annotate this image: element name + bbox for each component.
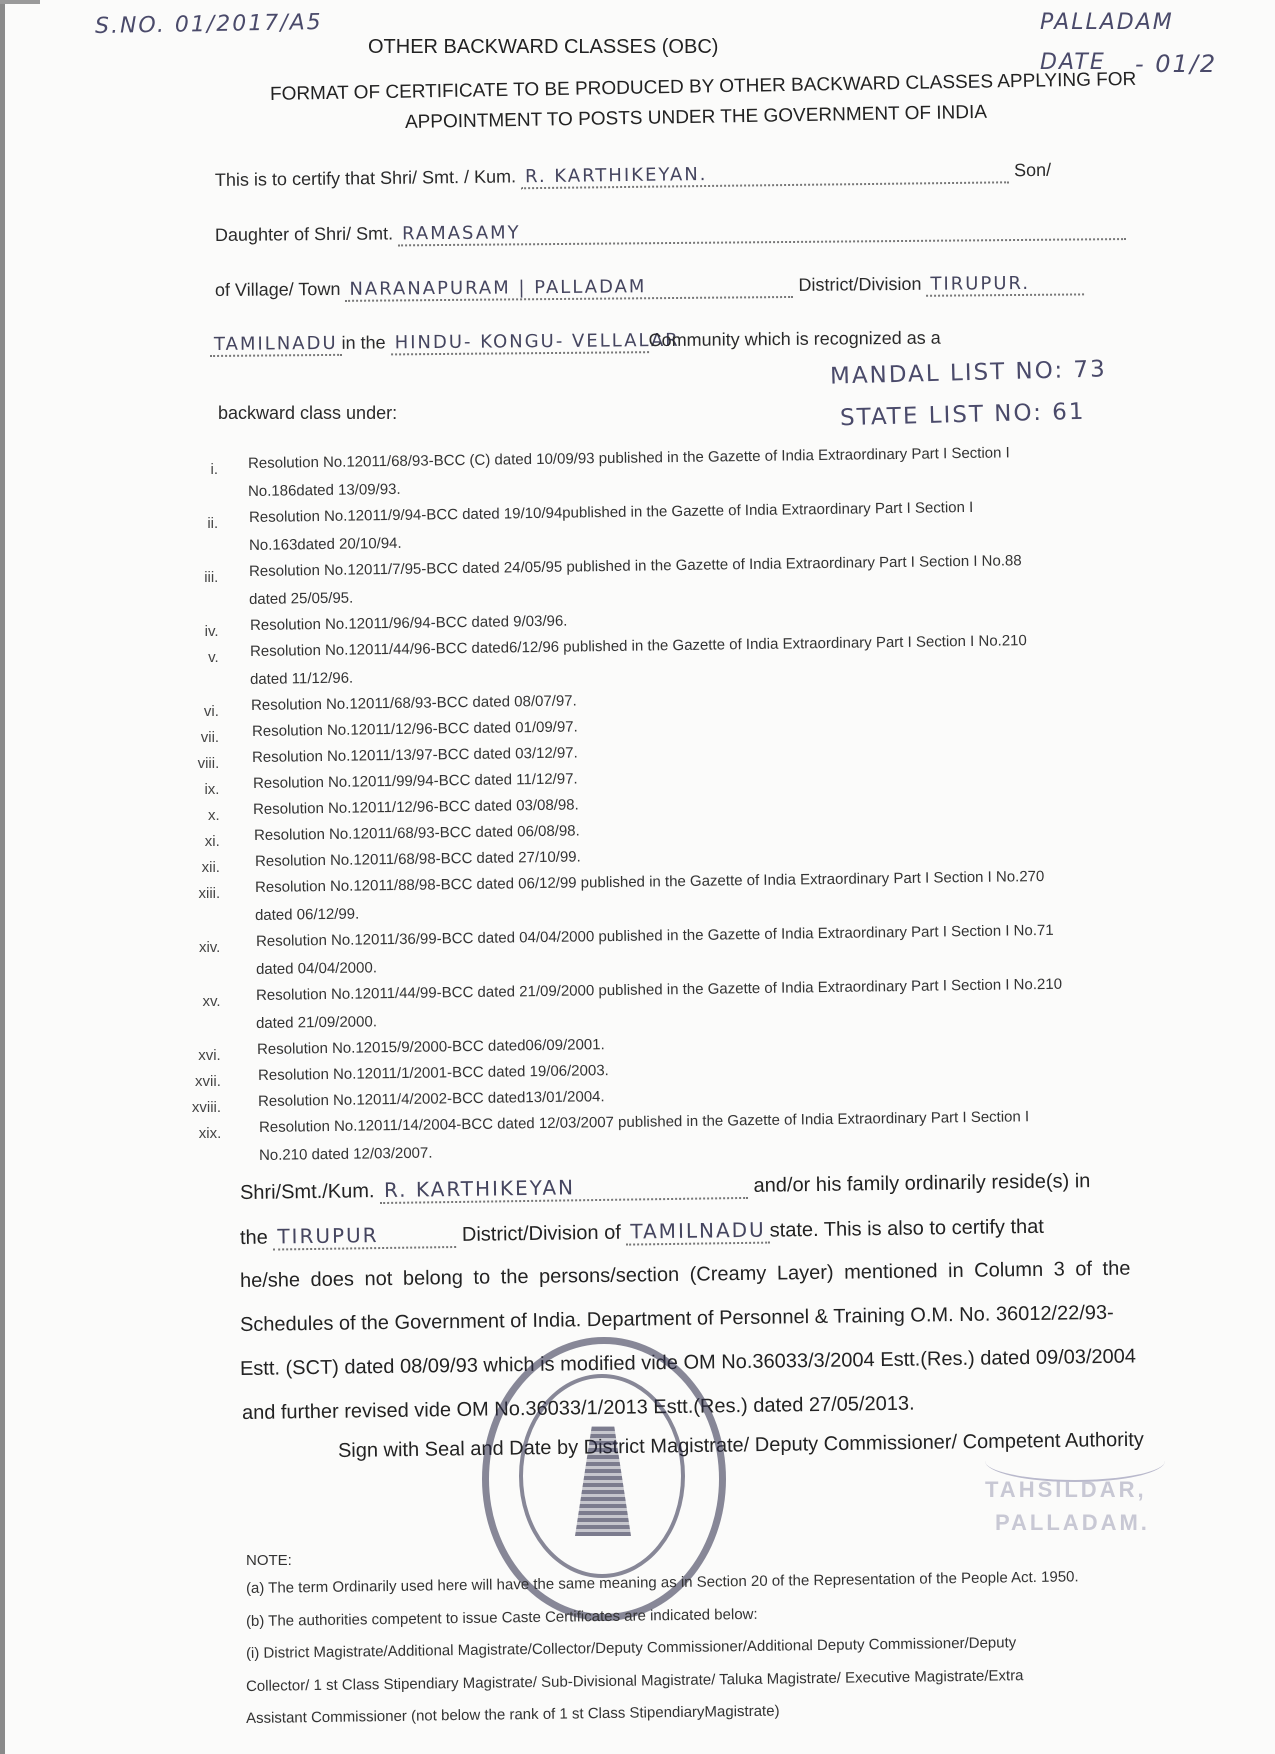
serial-number: S.NO. 01/2017/A5	[95, 10, 323, 39]
resolution-number: v.	[179, 649, 219, 666]
seal-inner-ring	[519, 1374, 685, 1578]
son-label: Son/	[1014, 160, 1051, 180]
village-label: of Village/ Town	[215, 279, 341, 300]
the-label: the	[240, 1227, 268, 1249]
district-label: District/Division	[798, 274, 921, 295]
resolution-number: xv.	[181, 993, 221, 1010]
signatory-place: PALLADAM.	[995, 1510, 1150, 1536]
residence-prefix: Shri/Smt./Kum.	[240, 1180, 375, 1204]
resolution-number: xiv.	[180, 939, 220, 956]
district-value: TIRUPUR.	[926, 272, 1084, 296]
resolution-text: Resolution No.12011/68/93-BCC dated 08/0…	[251, 692, 577, 714]
residence-suffix: and/or his family ordinarily reside(s) i…	[753, 1170, 1090, 1197]
resolution-number: ii.	[178, 515, 218, 532]
document-subtitle-1: FORMAT OF CERTIFICATE TO BE PRODUCED BY …	[270, 69, 1137, 106]
resolution-text-continued: dated 25/05/95.	[249, 590, 353, 608]
temple-emblem-icon	[575, 1426, 631, 1536]
note-label: NOTE:	[246, 1552, 292, 1569]
certify-line-2: Daughter of Shri/ Smt. RAMASAMY	[215, 217, 1126, 248]
residence-name: R. KARTHIKEYAN	[380, 1173, 748, 1204]
parent-name: RAMASAMY	[398, 217, 1126, 246]
resolution-text-continued: dated 21/09/2000.	[256, 1013, 377, 1032]
resolution-text: Resolution No.12015/9/2000-BCC dated06/0…	[257, 1036, 605, 1058]
state-list-number: STATE LIST NO: 61	[840, 399, 1086, 431]
resolution-number: i.	[178, 461, 218, 478]
residence-state-suffix: state. This is also to certify that	[770, 1216, 1044, 1242]
resolution-text-continued: dated 11/12/96.	[250, 670, 353, 688]
residence-line-4: Schedules of the Government of India. De…	[240, 1302, 1114, 1337]
resolution-text: Resolution No.12011/14/2004-BCC dated 12…	[259, 1108, 1029, 1136]
note-i-line-3: Assistant Commissioner (not below the ra…	[246, 1703, 780, 1727]
resolution-text: Resolution No.12011/99/94-BCC dated 11/1…	[253, 770, 578, 792]
resolution-text-continued: dated 06/12/99.	[255, 906, 359, 924]
village-town: NARANAPURAM | PALLADAM	[345, 275, 793, 302]
resolution-text: Resolution No.12011/7/95-BCC dated 24/05…	[249, 552, 1022, 580]
resolution-text: Resolution No.12011/68/93-BCC (C) dated …	[248, 444, 1010, 472]
resolution-text: Resolution No.12011/36/99-BCC dated 04/0…	[256, 922, 1054, 950]
resolution-number: xviii.	[181, 1099, 221, 1116]
resolution-text: Resolution No.12011/44/99-BCC dated 21/0…	[256, 976, 1062, 1004]
resolution-text: Resolution No.12011/68/93-BCC dated 06/0…	[254, 822, 580, 844]
resolution-number: iii.	[178, 569, 218, 586]
residence-state: TAMILNADU	[626, 1218, 770, 1246]
residence-district-label: District/Division of	[462, 1222, 621, 1246]
residence-line-3: he/she does not belong to the persons/se…	[240, 1258, 1131, 1293]
certify-line-3: of Village/ Town NARANAPURAM | PALLADAM …	[215, 272, 1085, 303]
community-suffix: Community which is recognized as a	[649, 328, 941, 351]
state-value: TAMILNADU	[210, 333, 342, 357]
resolution-text: Resolution No.12011/12/96-BCC dated 01/0…	[251, 718, 577, 740]
signature	[985, 1440, 1165, 1482]
residence-line-2: the TIRUPUR District/Division of TAMILNA…	[240, 1214, 1044, 1251]
resolution-number: vi.	[179, 703, 219, 720]
resolution-number: x.	[180, 807, 220, 824]
applicant-name: R. KARTHIKEYAN.	[521, 160, 1009, 189]
signatory-designation: TAHSILDAR,	[985, 1477, 1147, 1503]
resolution-number: xiii.	[180, 885, 220, 902]
resolution-text-continued: dated 04/04/2000.	[256, 959, 377, 978]
certify-line-1: This is to certify that Shri/ Smt. / Kum…	[215, 160, 1051, 193]
scan-edge-top	[0, 0, 40, 4]
scan-edge	[0, 0, 5, 1754]
resolution-text-continued: No.210 dated 12/03/2007.	[259, 1145, 433, 1164]
resolution-text: Resolution No.12011/13/97-BCC dated 03/1…	[252, 744, 578, 766]
resolution-number: iv.	[179, 623, 219, 640]
residence-district: TIRUPUR	[273, 1222, 456, 1251]
document-subtitle-2: APPOINTMENT TO POSTS UNDER THE GOVERNMEN…	[405, 102, 987, 134]
resolution-text: Resolution No.12011/12/96-BCC dated 03/0…	[253, 796, 579, 818]
resolution-number: xvii.	[181, 1073, 221, 1090]
date-value: - 01/2	[1135, 50, 1217, 78]
resolution-text-continued: No.186dated 13/09/93.	[248, 481, 401, 500]
community-value: HINDU- KONGU- VELLALAR	[391, 330, 649, 355]
document-title: OTHER BACKWARD CLASSES (OBC)	[368, 36, 718, 59]
mandal-list-number: MANDAL LIST NO: 73	[830, 356, 1107, 389]
resolution-number: xii.	[180, 859, 220, 876]
resolution-text-continued: No.163dated 20/10/94.	[248, 535, 401, 554]
resolution-number: viii.	[179, 755, 219, 772]
resolution-text: Resolution No.12011/1/2001-BCC dated 19/…	[257, 1062, 608, 1084]
resolution-number: vii.	[179, 729, 219, 746]
certify-line-4: TAMILNADUin the HINDU- KONGU- VELLALARCo…	[210, 328, 941, 357]
residence-line-1: Shri/Smt./Kum. R. KARTHIKEYAN and/or his…	[240, 1168, 1091, 1206]
resolution-text: Resolution No.12011/88/98-BCC dated 06/1…	[255, 868, 1045, 896]
note-i-line-2: Collector/ 1 st Class Stipendiary Magist…	[246, 1667, 1024, 1695]
place-handwritten: PALLADAM	[1040, 10, 1174, 35]
daughter-of-label: Daughter of Shri/ Smt.	[215, 223, 393, 245]
resolution-text: Resolution No.12011/44/96-BCC dated6/12/…	[250, 632, 1027, 660]
in-the-label: in the	[341, 332, 385, 352]
resolution-text: Resolution No.12011/96/94-BCC dated 9/03…	[250, 613, 568, 634]
resolution-number: xi.	[180, 833, 220, 850]
resolution-number: xix.	[181, 1125, 221, 1142]
note-i-line-1: (i) District Magistrate/Additional Magis…	[246, 1634, 1016, 1662]
resolution-number: ix.	[179, 781, 219, 798]
backward-class-under: backward class under:	[218, 403, 397, 424]
resolution-number: xvi.	[181, 1047, 221, 1064]
resolution-text: Resolution No.12011/68/98-BCC dated 27/1…	[254, 848, 580, 870]
certify-prefix: This is to certify that Shri/ Smt. / Kum…	[215, 166, 516, 190]
note-b: (b) The authorities competent to issue C…	[246, 1606, 758, 1630]
resolution-text: Resolution No.12011/9/94-BCC dated 19/10…	[248, 499, 973, 526]
resolution-text: Resolution No.12011/4/2002-BCC dated13/0…	[258, 1088, 605, 1110]
